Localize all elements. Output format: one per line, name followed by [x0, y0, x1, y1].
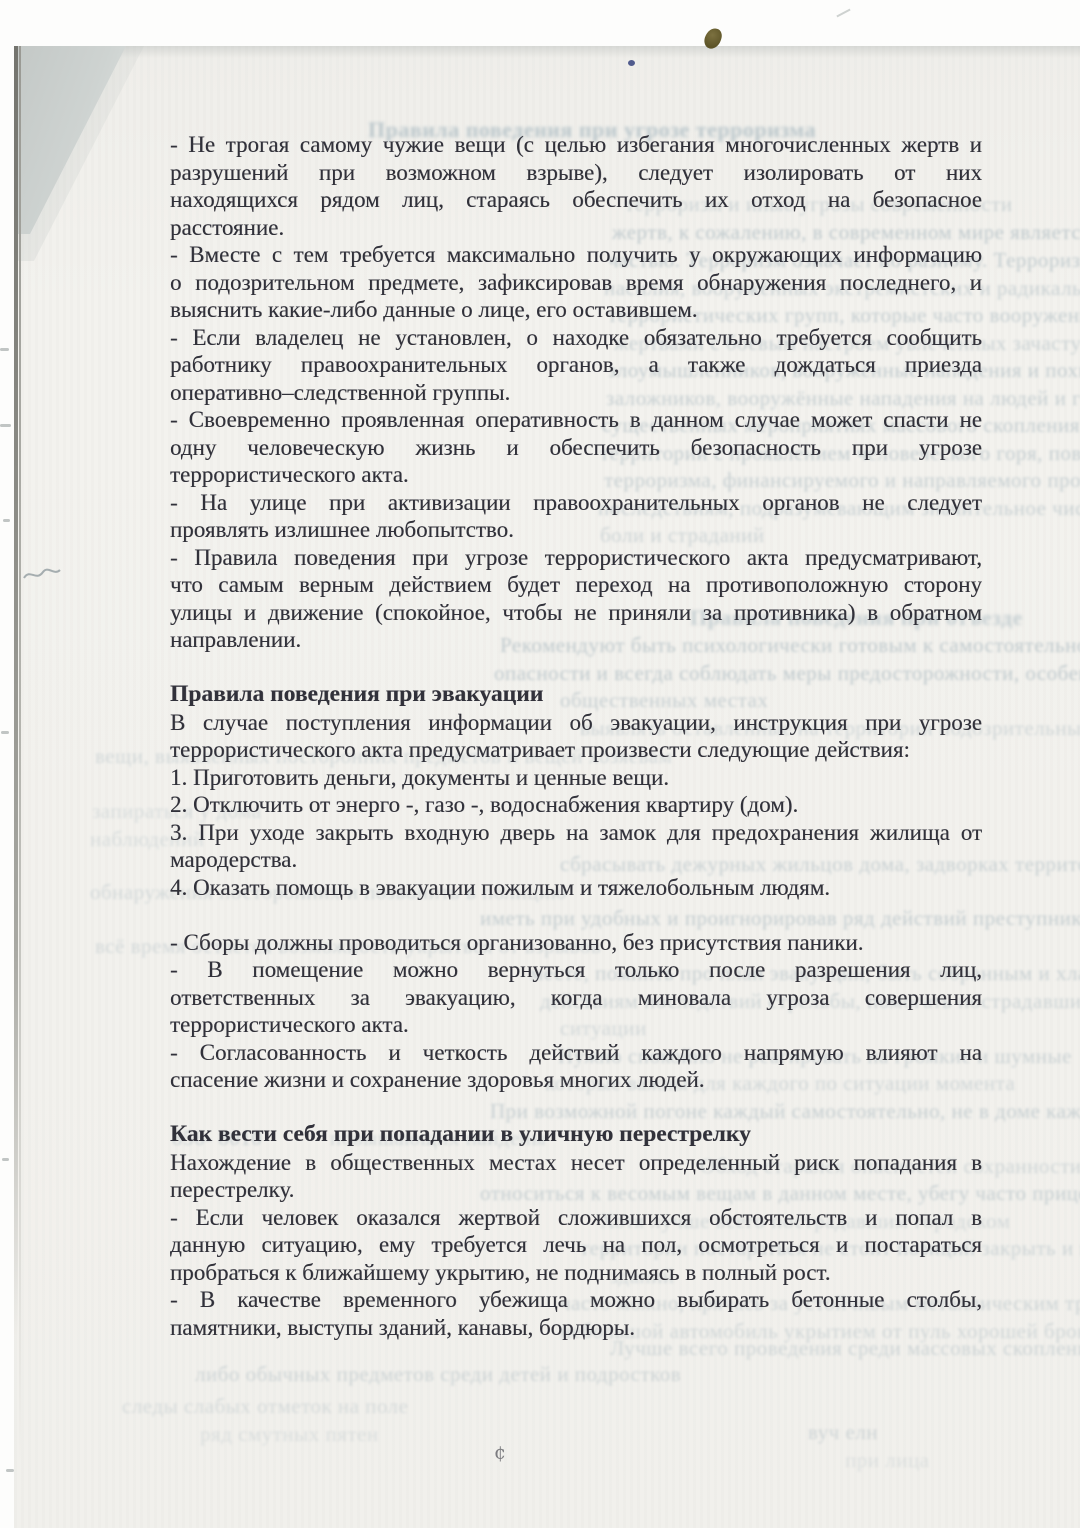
text-line: - На улице при активизации правоохраните… — [170, 489, 982, 517]
ghost-text-line: следы слабых отметок на поле — [122, 1394, 409, 1418]
text-line: что самым верным действием будет переход… — [170, 571, 982, 599]
ghost-text-line: при лица — [845, 1448, 930, 1472]
document-text: - Не трогая самому чужие вещи (с целью и… — [170, 131, 982, 1341]
text-line: - Если человек оказался жертвой сложивши… — [170, 1204, 982, 1232]
edge-tick — [6, 1469, 14, 1472]
text-line: В случае поступления информации об эваку… — [170, 709, 982, 737]
text-line: мародерства. — [170, 846, 982, 874]
text-line: пробраться к ближайшему укрытию, не подн… — [170, 1259, 982, 1287]
text-line: разрушений при возможном взрыве), следуе… — [170, 159, 982, 187]
text-line: террористического акта. — [170, 1011, 982, 1039]
text-line: направлении. — [170, 626, 982, 654]
page-edge-line-secondary — [19, 46, 21, 1466]
page-edge-line — [14, 46, 18, 1336]
text-line: выяснить какие-либо данные о лице, его о… — [170, 296, 982, 324]
text-line: террористического акта. — [170, 461, 982, 489]
text-line: 3. При уходе закрыть входную дверь на за… — [170, 819, 982, 847]
text-line: о подозрительном предмете, зафиксировав … — [170, 269, 982, 297]
text-line: оперативно–следственной группы. — [170, 379, 982, 407]
text-line: Нахождение в общественных местах несет о… — [170, 1149, 982, 1177]
text-line: данную ситуацию, ему требуется лечь на п… — [170, 1231, 982, 1259]
text-line: улицы и движение (спокойное, чтобы не пр… — [170, 599, 982, 627]
text-line: - Согласованность и четкость действий ка… — [170, 1039, 982, 1067]
ink-dot — [628, 60, 635, 66]
text-line: одну человеческую жизнь и обеспечить без… — [170, 434, 982, 462]
ghost-text-line: ряд смутных пятен — [200, 1422, 379, 1446]
text-line: ответственных за эвакуацию, когда минова… — [170, 984, 982, 1012]
small-mark: ¢ — [494, 1442, 506, 1464]
text-line: - Сборы должны проводиться организованно… — [170, 929, 982, 957]
ghost-text-line: вуч елн — [808, 1420, 878, 1444]
text-line: работнику правоохранительных органов, а … — [170, 351, 982, 379]
scanned-page-container: Правила поведения при угрозе терроризмат… — [0, 0, 1080, 1528]
text-line: - Вместе с тем требуется максимально пол… — [170, 241, 982, 269]
text-line: террористического акта предусматривает п… — [170, 736, 982, 764]
edge-tick — [3, 519, 10, 522]
text-line: - Не трогая самому чужие вещи (с целью и… — [170, 131, 982, 159]
pen-squiggle — [22, 564, 62, 589]
text-line: 1. Приготовить деньги, документы и ценны… — [170, 764, 982, 792]
text-line: расстояние. — [170, 214, 982, 242]
text-line: - В качестве временного убежища можно вы… — [170, 1286, 982, 1314]
text-line: памятники, выступы зданий, канавы, бордю… — [170, 1314, 982, 1342]
text-line: 4. Оказать помощь в эвакуации пожилым и … — [170, 874, 982, 902]
text-line: перестрелку. — [170, 1176, 982, 1204]
edge-tick — [0, 348, 9, 351]
text-line: - Если владелец не установлен, о находке… — [170, 324, 982, 352]
top-scan-shadow — [14, 46, 1080, 58]
ghost-text-line: либо обычных предметов среди детей и под… — [195, 1362, 681, 1386]
text-line: спасение жизни и сохранение здоровья мно… — [170, 1066, 982, 1094]
edge-tick — [0, 424, 11, 427]
section-heading: Как вести себя при попадании в уличную п… — [170, 1121, 982, 1149]
edge-tick — [1, 731, 9, 734]
text-line: - Своевременно проявленная оперативность… — [170, 406, 982, 434]
section-heading: Правила поведения при эвакуации — [170, 681, 982, 709]
diagonal-tick — [836, 9, 850, 18]
edge-tick — [2, 1158, 9, 1161]
text-line: - В помещение можно вернуться только пос… — [170, 956, 982, 984]
text-line: 2. Отключить от энерго -, газо -, водосн… — [170, 791, 982, 819]
text-line: проявлять излишнее любопытство. — [170, 516, 982, 544]
text-line: - Правила поведения при угрозе террорист… — [170, 544, 982, 572]
text-line: находящихся рядом лиц, стараясь обеспечи… — [170, 186, 982, 214]
